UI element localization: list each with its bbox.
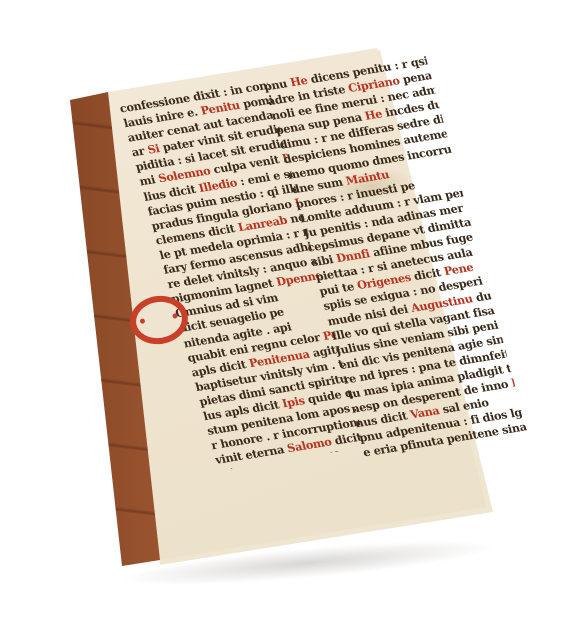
photograph-scene: confessione dixit : in confessionelauis … bbox=[0, 0, 570, 619]
